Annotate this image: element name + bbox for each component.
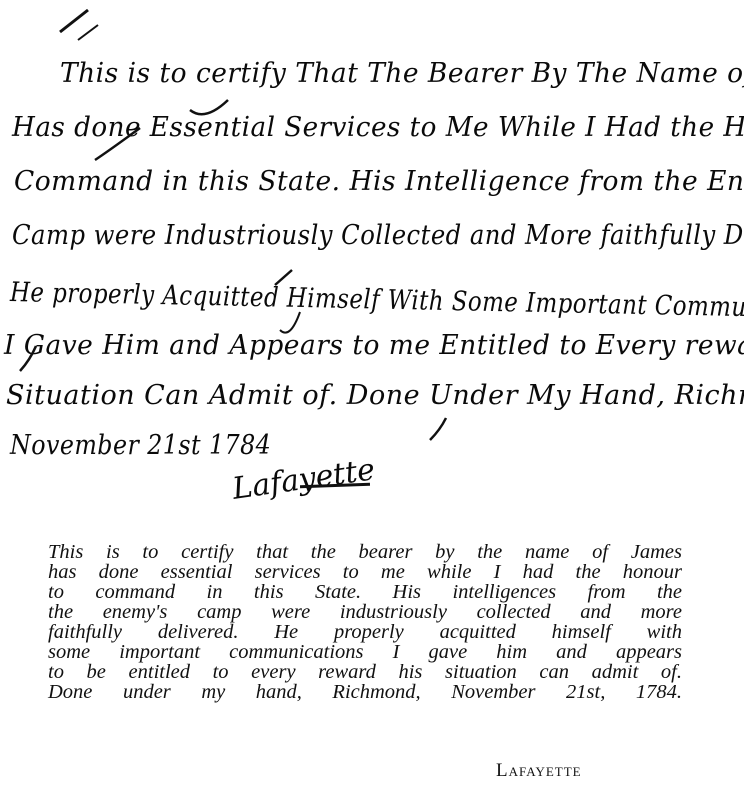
pen-flourish-strokes [0, 0, 744, 520]
transcription-line: to be entitled to every reward his situa… [48, 662, 682, 682]
transcription-line: Done under my hand, Richmond, November 2… [48, 682, 682, 702]
handwritten-manuscript: This is to certify That The Bearer By Th… [0, 0, 744, 520]
transcription-line: faithfully delivered. He properly acquit… [48, 622, 682, 642]
transcription-line: some important communications I gave him… [48, 642, 682, 662]
transcription-line: This is to certify that the bearer by th… [48, 542, 682, 562]
transcription-line: the enemy's camp were industriously coll… [48, 602, 682, 622]
document-page: This is to certify That The Bearer By Th… [0, 0, 744, 786]
printed-transcription: This is to certify that the bearer by th… [48, 542, 688, 702]
printed-signature: Lafayette [496, 760, 582, 782]
transcription-line: has done essential services to me while … [48, 562, 682, 582]
transcription-line: to command in this State. His intelligen… [48, 582, 682, 602]
